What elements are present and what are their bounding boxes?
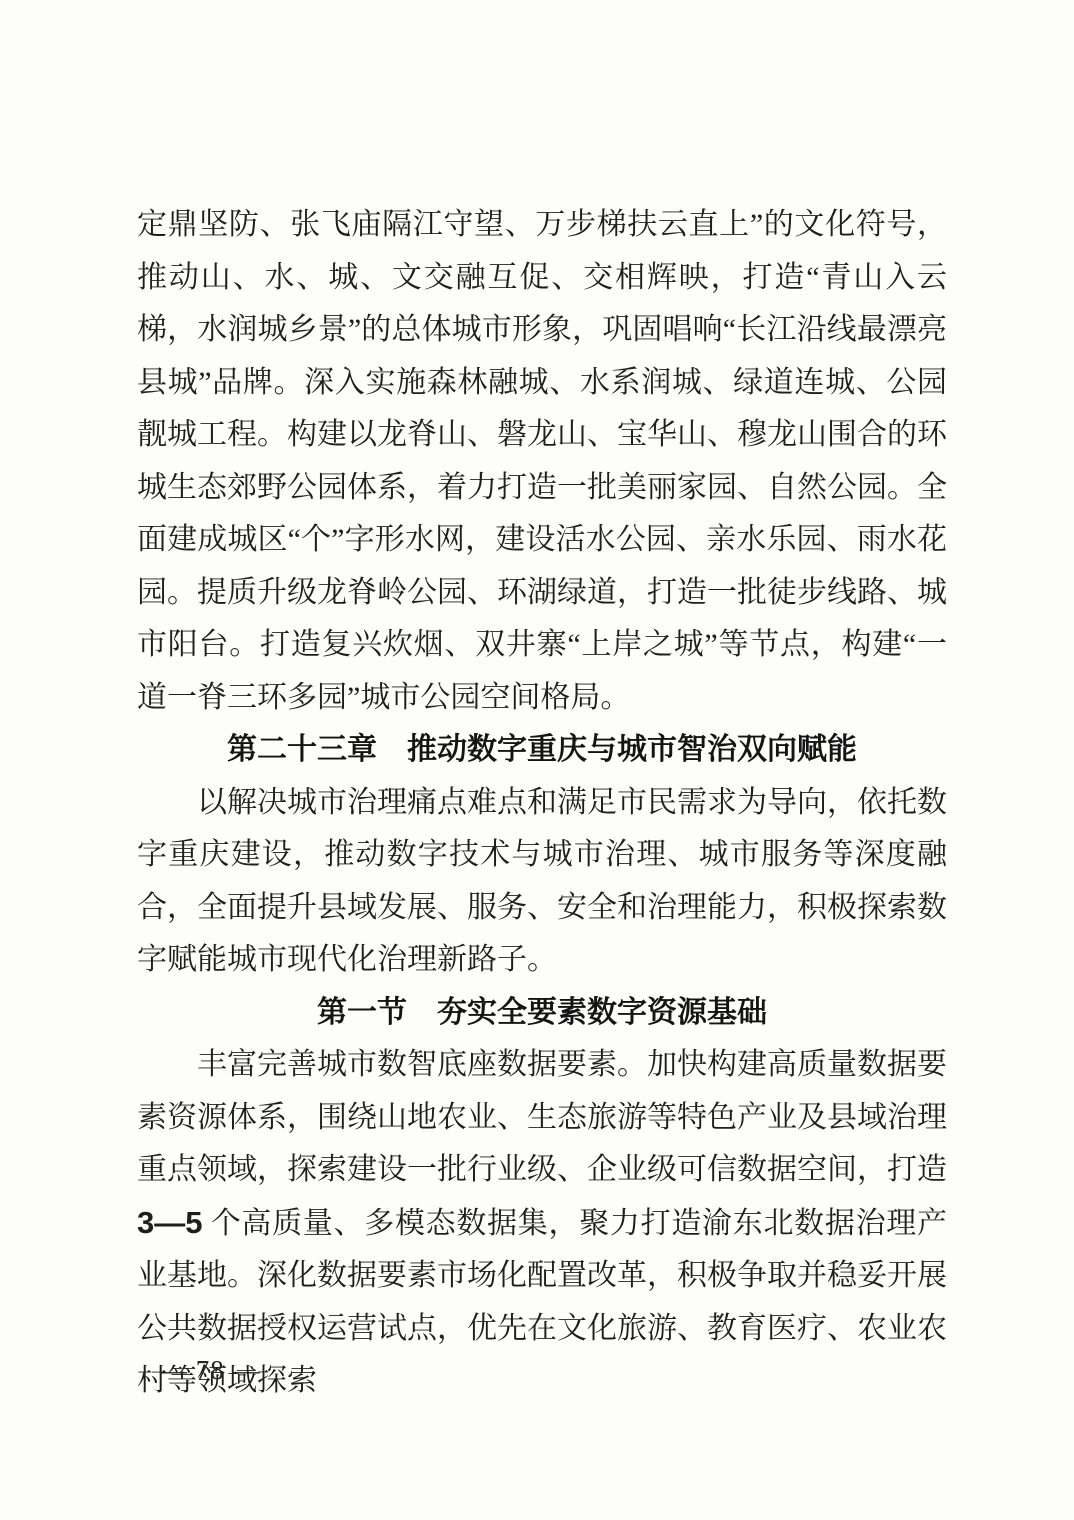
page-number: — 78 — bbox=[160, 1355, 261, 1385]
section-heading: 第一节 夯实全要素数字资源基础 bbox=[137, 987, 947, 1040]
paragraph-data-foundation-before: 丰富完善城市数智底座数据要素。加快构建高质量数据要素资源体系，围绕山地农业、生态… bbox=[137, 1048, 947, 1186]
paragraph-digital-chongqing: 以解决城市治理痛点难点和满足市民需求为导向，依托数字重庆建设，推动数字技术与城市… bbox=[137, 777, 947, 987]
paragraph-city-parks: 定鼎坚防、张飞庙隔江守望、万步梯扶云直上”的文化符号，推动山、水、城、文交融互促… bbox=[137, 199, 947, 724]
chapter-heading: 第二十三章 推动数字重庆与城市智治双向赋能 bbox=[137, 724, 947, 777]
page-content: 定鼎坚防、张飞庙隔江守望、万步梯扶云直上”的文化符号，推动山、水、城、文交融互促… bbox=[137, 199, 947, 1408]
document-page: 定鼎坚防、张飞庙隔江守望、万步梯扶云直上”的文化符号，推动山、水、城、文交融互促… bbox=[0, 0, 1074, 1520]
page-footer: — 78 — bbox=[160, 1352, 261, 1390]
figure-range-number: 3—5 bbox=[137, 1205, 202, 1240]
